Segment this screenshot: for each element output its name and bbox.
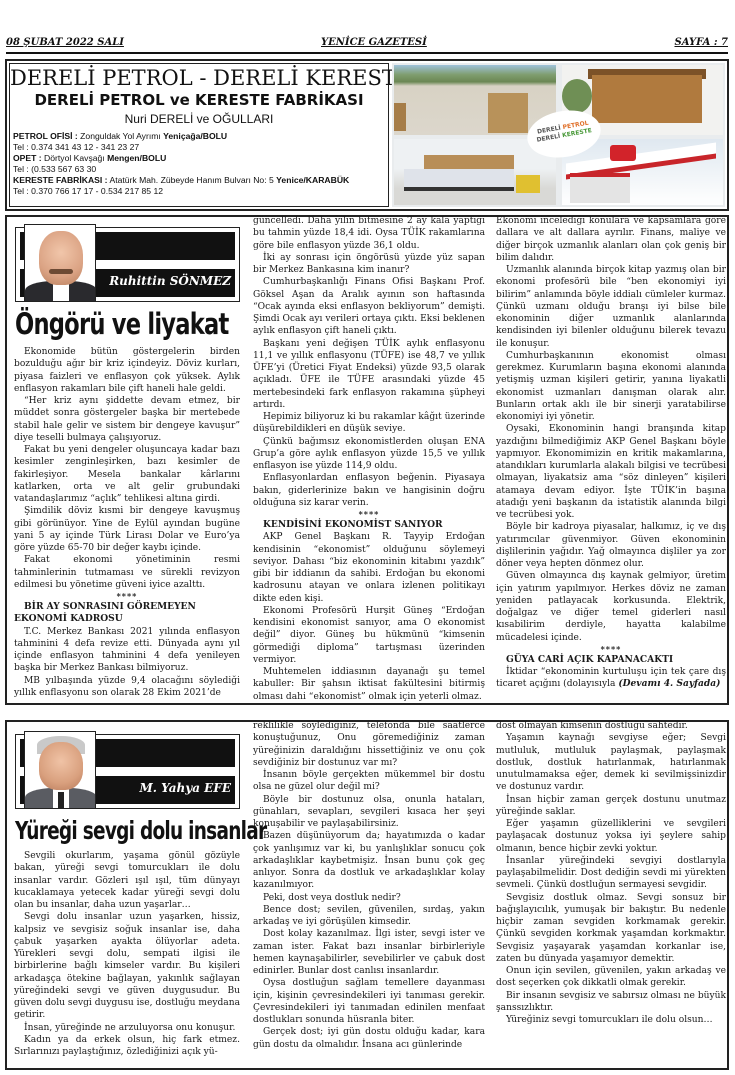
author-photo <box>24 731 96 809</box>
ad-subtitle: DERELİ PETROL ve KERESTE FABRİKASI <box>10 91 388 109</box>
ad-row: Tel : 0.374 341 43 12 - 341 23 27 <box>13 142 388 153</box>
article-column-1: Ekonomide bütün göstergelerin birden boz… <box>14 346 240 699</box>
author-photo <box>24 224 96 302</box>
article-column-1: Sevgili okurlarım, yaşama gönül gözüyle … <box>14 850 240 1058</box>
article-headline: Yüreği sevgi dolu insanlar <box>15 816 184 845</box>
section-separator: **** <box>496 644 726 654</box>
article-yuregi-sevgi-dolu-insanlar: M. Yahya EFE Yüreği sevgi dolu insanlar … <box>5 720 729 1070</box>
ad-row: Tel : 0.370 766 17 17 - 0.534 217 85 12 <box>13 186 388 197</box>
section-subheading: KENDİSİNİ EKONOMİST SANIYOR <box>253 519 485 531</box>
article-column-2: reklilikle söylediğiniz, telefonda bile … <box>253 720 485 1051</box>
ad-contact-list: PETROL OFİSİ : Zonguldak Yol Ayrımı Yeni… <box>10 131 388 197</box>
article-column-2: güncelledi. Daha yılın bitmesine 2 ay ka… <box>253 215 485 703</box>
page-header: 08 ŞUBAT 2022 SALI YENİCE GAZETESİ SAYFA… <box>6 36 728 54</box>
ad-row: PETROL OFİSİ : Zonguldak Yol Ayrımı Yeni… <box>13 131 388 142</box>
article-column-3: Ekonomi incelediği konulara ve kapsamlar… <box>496 215 726 691</box>
advertisement: DERELİ PETROL - DERELİ KERESTE DERELİ PE… <box>5 59 729 211</box>
ad-owner: Nuri DERELİ ve OĞULLARI <box>10 112 388 126</box>
section-subheading: GÜYA CARİ AÇIK KAPANACAKTI <box>496 654 726 666</box>
author-name: Ruhittin SÖNMEZ <box>109 274 231 288</box>
section-separator: **** <box>253 509 485 519</box>
ad-photo-collage: DERELİ PETROL DERELİ KERESTE <box>392 63 725 207</box>
author-byline: M. Yahya EFE <box>15 734 240 809</box>
article-headline: Öngörü ve liyakat <box>15 307 193 341</box>
page-number: SAYFA : 7 <box>674 37 728 48</box>
author-byline: Ruhittin SÖNMEZ <box>15 227 240 302</box>
article-column-3: dost olmayan kimsenin dostluğu sahtedir.… <box>496 720 726 1026</box>
ad-title: DERELİ PETROL - DERELİ KERESTE <box>10 66 388 90</box>
ad-text-panel: DERELİ PETROL - DERELİ KERESTE DERELİ PE… <box>9 63 389 207</box>
ad-row: KERESTE FABRİKASI : Atatürk Mah. Zübeyde… <box>13 175 388 186</box>
newspaper-name: YENİCE GAZETESİ <box>321 37 427 48</box>
section-separator: **** <box>14 591 240 601</box>
ad-row: OPET : Dörtyol Kavşağı Mengen/BOLU <box>13 153 388 164</box>
author-name: M. Yahya EFE <box>139 781 231 795</box>
ad-row: Tel : (0.533 567 63 30 <box>13 164 388 175</box>
section-subheading: BİR AY SONRASINI GÖREMEYEN EKONOMİ KADRO… <box>14 601 240 626</box>
article-ongoru-ve-liyakat: Ruhittin SÖNMEZ Öngörü ve liyakat Ekonom… <box>5 215 729 705</box>
issue-date: 08 ŞUBAT 2022 SALI <box>6 37 124 48</box>
continued-link[interactable]: (Devamı 4. Sayfada) <box>618 678 720 689</box>
